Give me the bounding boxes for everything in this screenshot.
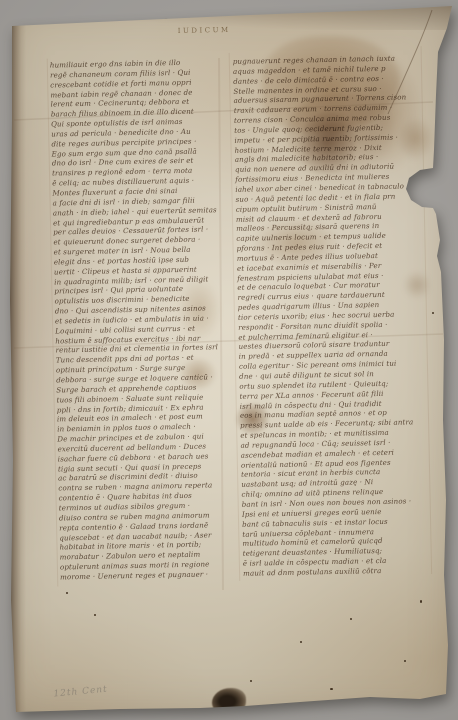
speck <box>94 614 96 616</box>
stain-small-dark <box>236 403 269 434</box>
manuscript-leaf-shadow: 9 6 IUDICUM humiliauit ergo dns iabin in… <box>0 0 458 720</box>
speck <box>350 618 352 620</box>
speck <box>300 641 302 643</box>
speck <box>420 600 422 603</box>
speck <box>330 688 333 690</box>
photo-background: 9 6 IUDICUM humiliauit ergo dns iabin in… <box>0 0 458 720</box>
running-title: IUDICUM <box>144 25 264 35</box>
speck <box>66 592 68 594</box>
speck <box>250 680 252 682</box>
stain-column-gap-upper <box>178 280 220 340</box>
stain-column-gap-lower <box>180 358 216 390</box>
pencil-inscription: 12th Cent <box>53 685 108 700</box>
stain-right-edge <box>404 272 430 298</box>
speck <box>404 660 406 662</box>
speck <box>432 312 434 314</box>
stain-right-margin <box>398 118 434 160</box>
manuscript-leaf: 9 6 IUDICUM humiliauit ergo dns iabin in… <box>0 0 458 720</box>
ink-blot-bottom <box>212 688 246 715</box>
folio-mark: 9 6 <box>164 7 200 22</box>
